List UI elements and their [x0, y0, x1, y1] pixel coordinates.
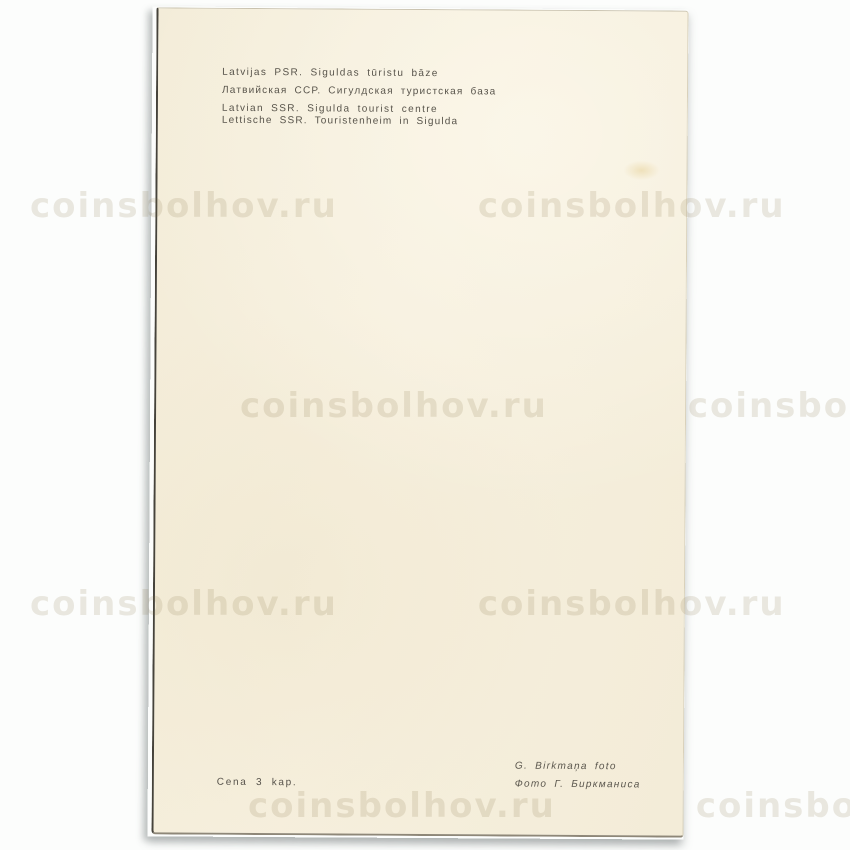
caption-line-russian: Латвийская ССР. Сигулдская туристская ба… — [222, 85, 496, 98]
caption-line-latvian: Latvijas PSR. Siguldas tūristu bāze — [222, 67, 439, 79]
photo-credit-russian: Фото Г. Биркманиса — [515, 779, 641, 791]
caption-line-german: Lettische SSR. Touristenheim in Sigulda — [222, 115, 459, 127]
photo-background: Latvijas PSR. Siguldas tūristu bāze Латв… — [0, 0, 850, 850]
caption-line-english: Latvian SSR. Sigulda tourist centre — [222, 103, 438, 115]
photo-credit-latvian: G. Birkmaņa foto — [515, 761, 617, 773]
postcard-back: Latvijas PSR. Siguldas tūristu bāze Латв… — [151, 7, 688, 837]
price-label: Cena 3 kap. — [217, 777, 298, 788]
watermark-text: coinsbolhov.ru — [696, 786, 850, 826]
watermark-text: coinsbolhov.ru — [688, 386, 850, 426]
